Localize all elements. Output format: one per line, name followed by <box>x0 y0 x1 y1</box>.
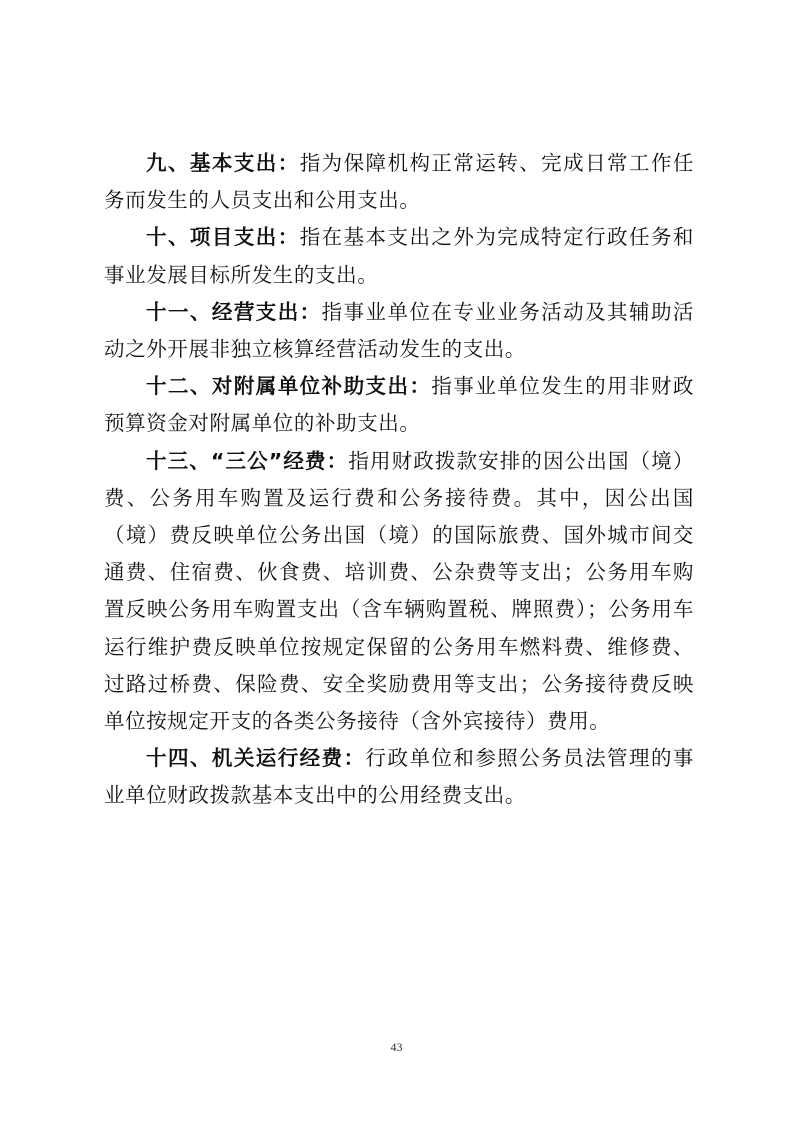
definition-operating-expenditure: 十一、经营支出：指事业单位在专业业务活动及其辅助活动之外开展非独立核算经营活动发… <box>104 294 694 368</box>
definition-subsidiary-subsidy: 十二、对附属单位补助支出：指事业单位发生的用非财政预算资金对附属单位的补助支出。 <box>104 368 694 442</box>
definition-agency-operating-funds: 十四、机关运行经费：行政单位和参照公务员法管理的事业单位财政拨款基本支出中的公用… <box>104 740 694 814</box>
term-label: 十一、经营支出： <box>146 300 322 324</box>
term-label: 十三、“三公”经费： <box>146 449 348 473</box>
term-label: 十四、机关运行经费： <box>146 746 366 770</box>
term-label: 十、项目支出： <box>146 225 300 249</box>
definition-three-public-expenses: 十三、“三公”经费：指用财政拨款安排的因公出国（境）费、公务用车购置及运行费和公… <box>104 443 694 741</box>
term-label: 九、基本支出： <box>146 151 300 175</box>
page-number: 43 <box>0 1040 793 1055</box>
definition-text: 指用财政拨款安排的因公出国（境）费、公务用车购置及运行费和公务接待费。其中，因公… <box>104 449 694 733</box>
term-label: 十二、对附属单位补助支出： <box>146 374 431 398</box>
definition-basic-expenditure: 九、基本支出：指为保障机构正常运转、完成日常工作任务而发生的人员支出和公用支出。 <box>104 145 694 219</box>
definition-project-expenditure: 十、项目支出：指在基本支出之外为完成特定行政任务和事业发展目标所发生的支出。 <box>104 219 694 293</box>
document-body: 九、基本支出：指为保障机构正常运转、完成日常工作任务而发生的人员支出和公用支出。… <box>104 145 694 815</box>
